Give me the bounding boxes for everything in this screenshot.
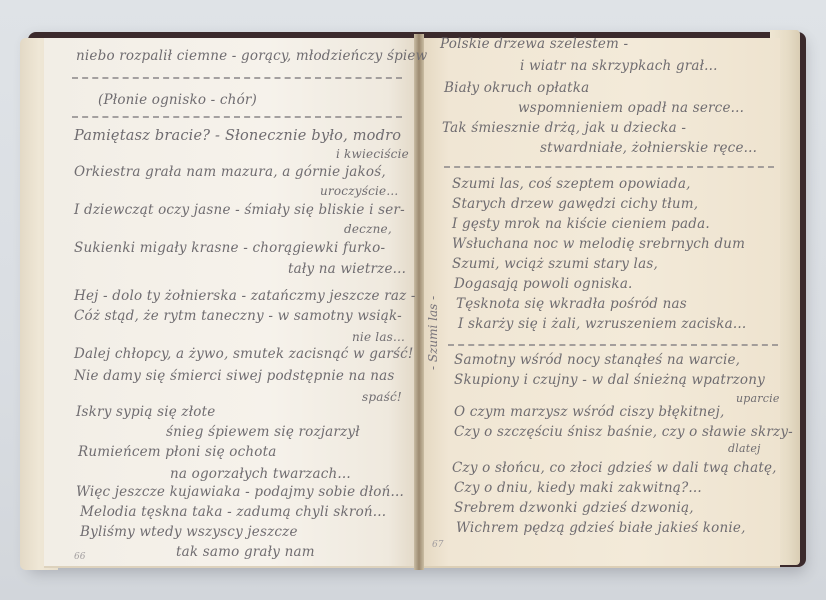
text-line: I gęsty mrok na kiście cieniem pada. (452, 216, 710, 232)
text-line: Samotny wśród nocy stanąłeś na warcie, (454, 352, 740, 368)
text-line: Czy o dniu, kiedy maki zakwitną?... (454, 480, 702, 496)
text-line: I skarży się i żali, wzruszeniem zaciska… (458, 316, 746, 332)
text-line: Biały okruch opłatka (444, 80, 589, 96)
dashed-divider (72, 77, 402, 79)
text-line: niebo rozpalił ciemne - gorący, młodzień… (76, 48, 427, 64)
text-line: tały na wietrze... (288, 261, 406, 277)
page-number-left: 66 (74, 552, 85, 562)
text-line: Więc jeszcze kujawiaka - podajmy sobie d… (76, 484, 404, 500)
dashed-divider (448, 344, 778, 346)
page-number-right: 67 (432, 540, 443, 550)
text-line: tak samo grały nam (176, 544, 315, 560)
section-heading: (Płonie ognisko - chór) (98, 92, 257, 108)
text-line: i kwieciście (336, 147, 409, 161)
text-line: Byliśmy wtedy wszyscy jeszcze (80, 524, 298, 540)
text-line: Czy o słońcu, co złoci gdzieś w dali twą… (452, 460, 777, 476)
text-line: Sukienki migały krasne - chorągiewki fur… (74, 240, 385, 256)
text-line: Dalej chłopcy, a żywo, smutek zacisnąć w… (74, 346, 414, 362)
margin-note-vertical: - Szumi las - (426, 296, 440, 370)
text-line: Pamiętasz bracie? - Słonecznie było, mod… (74, 128, 401, 144)
text-line: i wiatr na skrzypkach grał... (520, 58, 718, 74)
text-line: Rumieńcem płoni się ochota (78, 444, 276, 460)
text-line: śnieg śpiewem się rozjarzył (166, 424, 360, 440)
text-line: I dziewcząt oczy jasne - śmiały się blis… (74, 202, 405, 218)
text-line: deczne, (344, 222, 392, 236)
text-line: spaść! (362, 390, 402, 404)
text-line: Dogasają powoli ogniska. (454, 276, 633, 292)
text-line: Szumi las, coś szeptem opowiada, (452, 176, 691, 192)
text-line: Tak śmiesznie drżą, jak u dziecka - (442, 120, 686, 136)
text-line: Polskie drzewa szelestem - (440, 36, 628, 52)
text-line: Tęsknota się wkradła pośród nas (456, 296, 687, 312)
text-line: uroczyście... (320, 184, 398, 198)
text-line: Wichrem pędzą gdzieś białe jakieś konie, (456, 520, 746, 536)
text-line: na ogorzałych twarzach... (170, 466, 351, 482)
text-line: Hej - dolo ty żołnierska - zatańczmy jes… (74, 288, 416, 304)
text-line: Iskry sypią się złote (76, 404, 215, 420)
text-line: stwardniałe, żołnierskie ręce... (540, 140, 757, 156)
text-line: Skupiony i czujny - w dal śnieżną wpatrz… (454, 372, 765, 388)
text-line: nie las... (352, 330, 405, 344)
text-line: Srebrem dzwonki gdzieś dzwonią, (454, 500, 694, 516)
text-line: uparcie (736, 392, 780, 405)
text-line: Starych drzew gawędzi cichy tłum, (452, 196, 698, 212)
text-line: Nie damy się śmierci siwej podstępnie na… (74, 368, 394, 384)
text-line: O czym marzysz wśród ciszy błękitnej, (454, 404, 724, 420)
text-line: wspomnieniem opadł na serce... (518, 100, 744, 116)
dashed-divider (444, 166, 774, 168)
text-line: Szumi, wciąż szumi stary las, (452, 256, 658, 272)
text-line: dlatej (728, 442, 761, 455)
text-line: Wsłuchana noc w melodię srebrnych dum (452, 236, 745, 252)
text-line: Czy o szczęściu śnisz baśnie, czy o sław… (454, 424, 793, 440)
text-line: Orkiestra grała nam mazura, a górnie jak… (74, 164, 386, 180)
dashed-divider (72, 116, 402, 118)
text-line: Cóż stąd, że rytm taneczny - w samotny w… (74, 308, 402, 324)
text-line: Melodia tęskna taka - zadumą chyli skroń… (80, 504, 386, 520)
